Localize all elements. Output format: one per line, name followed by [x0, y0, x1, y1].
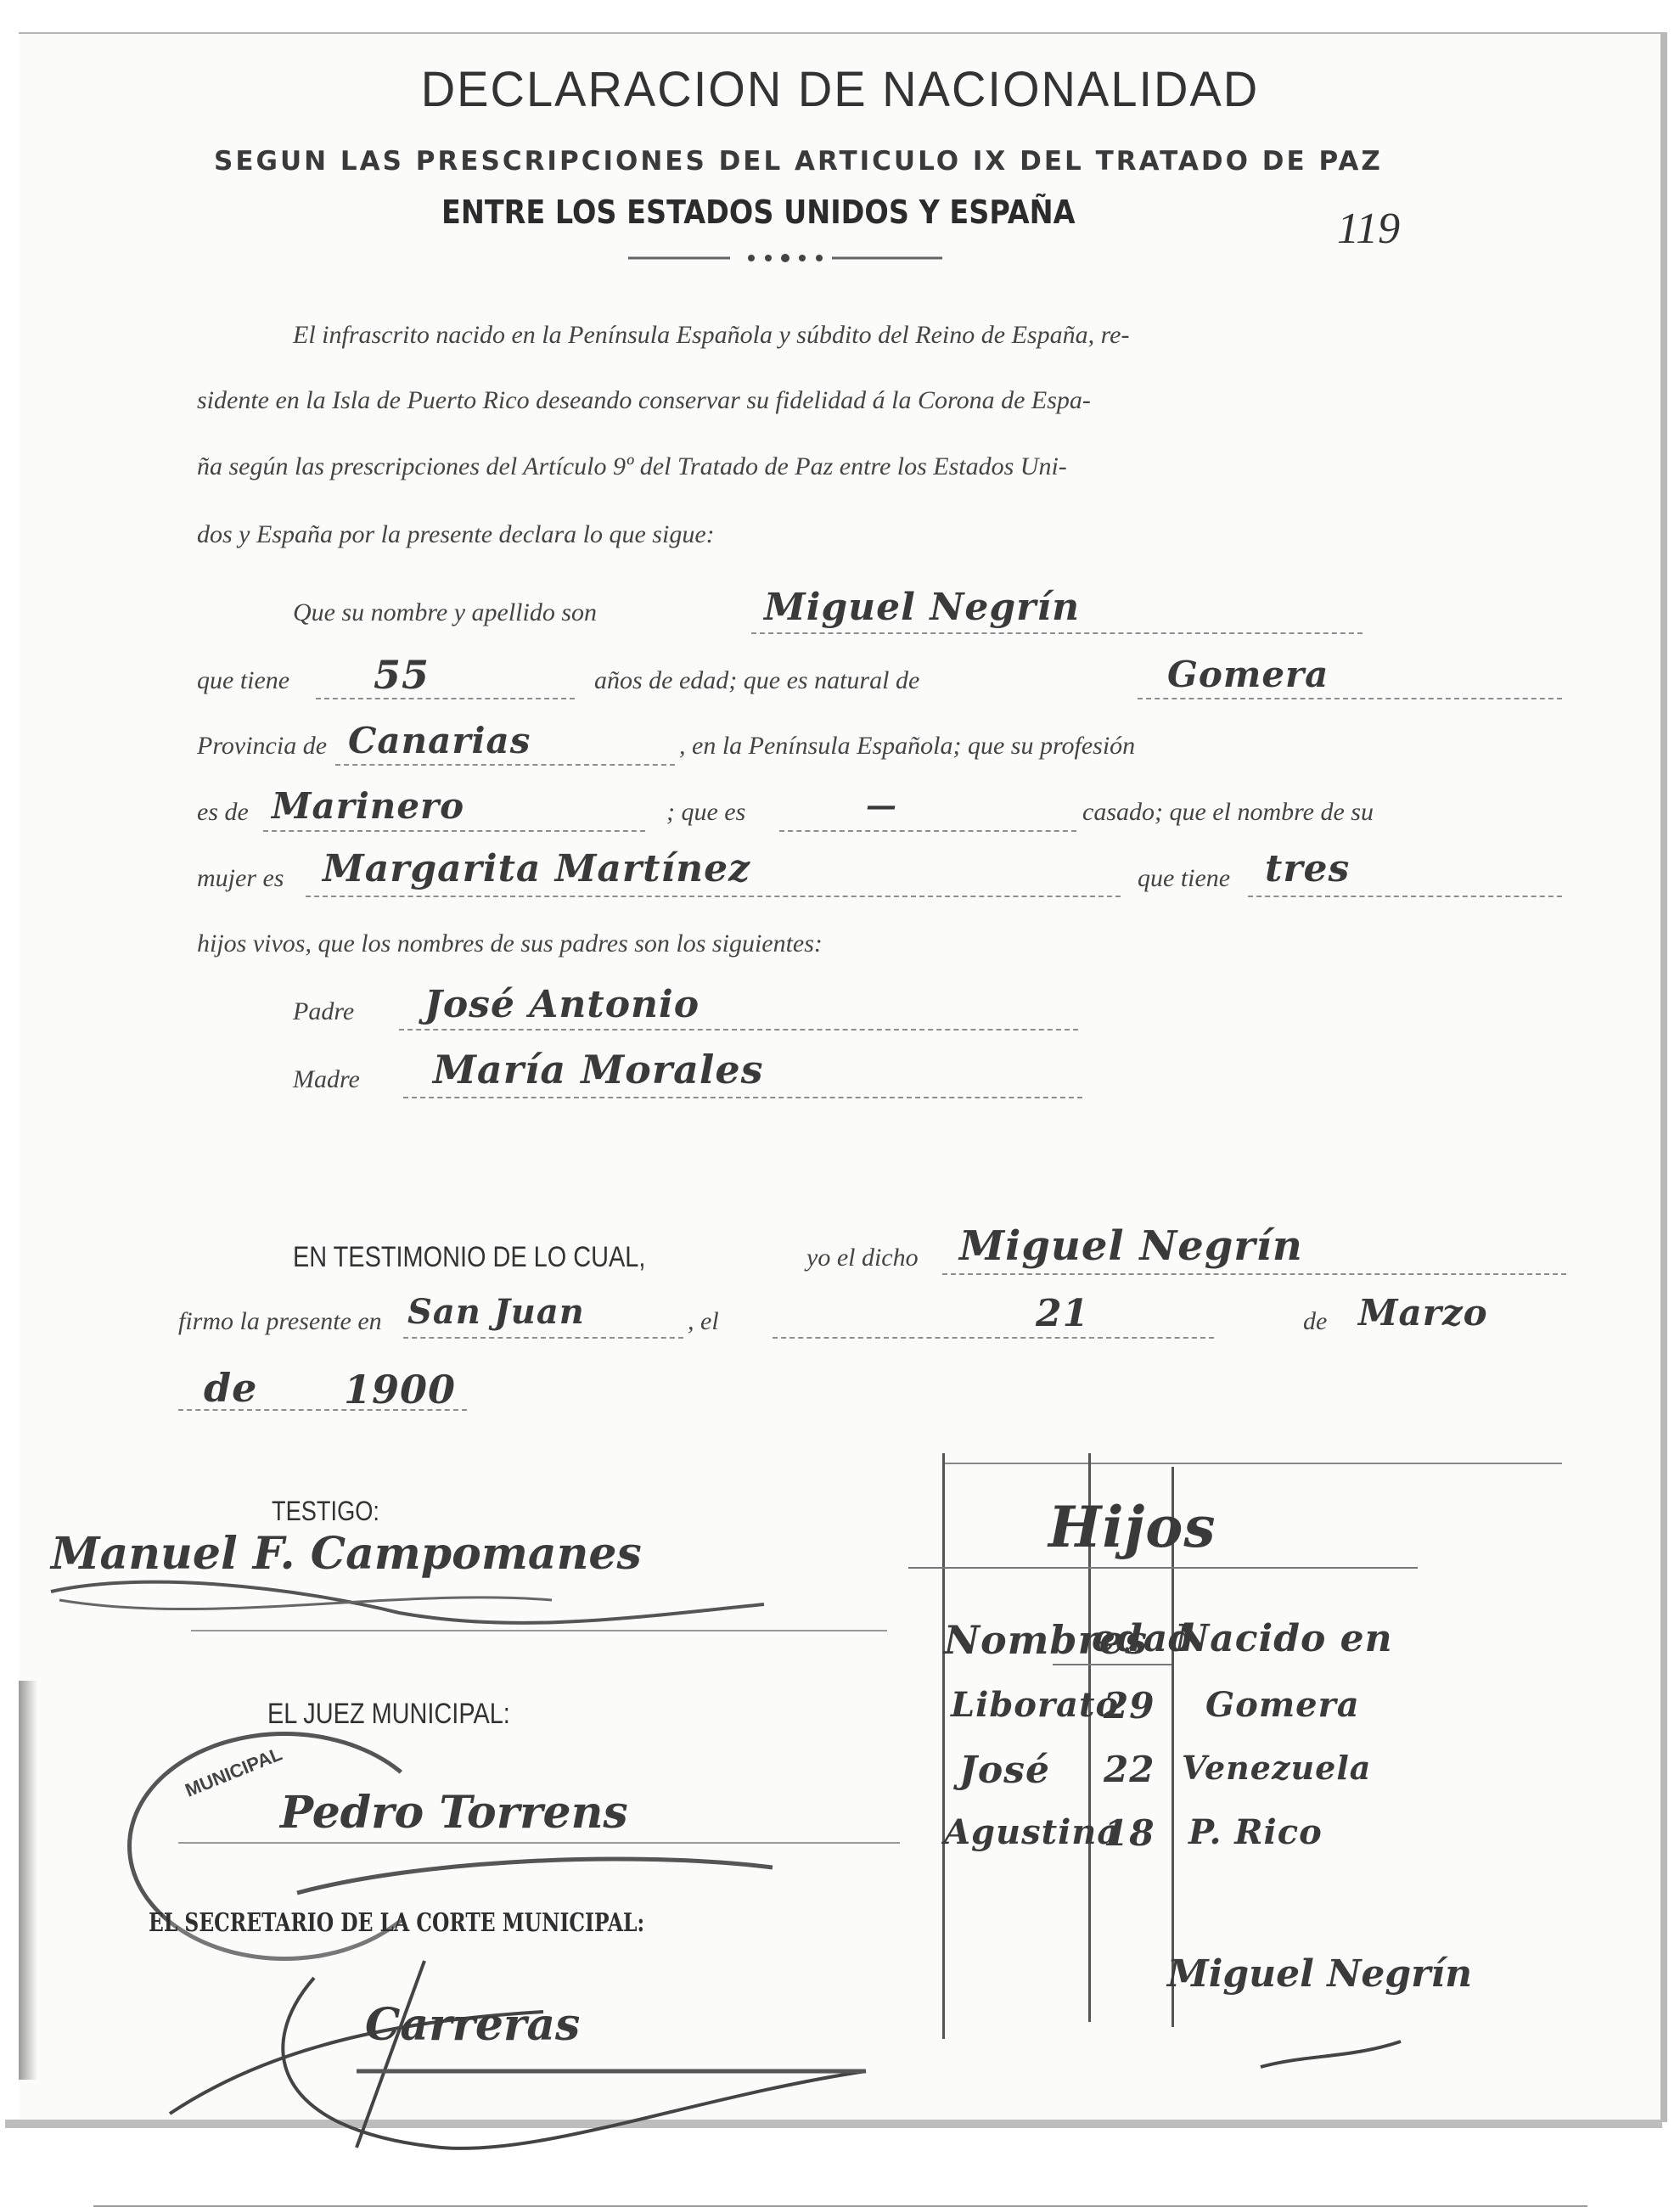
- status-blank-line: [779, 830, 1076, 832]
- year-label: de: [204, 1365, 257, 1411]
- witness-label: TESTIGO:: [272, 1496, 379, 1527]
- preamble-line-1: El infrascrito nacido en la Península Es…: [293, 321, 1129, 350]
- scan-shadow: [19, 1681, 37, 2080]
- father-value: José Antonio: [424, 983, 700, 1026]
- place-blank-line: [403, 1337, 683, 1339]
- table-row-3-name: Agustina: [944, 1812, 1120, 1852]
- table-top-line: [942, 1463, 1562, 1464]
- children-count-value: tres: [1265, 847, 1350, 890]
- day-value: 21: [1036, 1292, 1089, 1335]
- table-row-1-age: 29: [1104, 1685, 1155, 1727]
- preamble-line-2: sidente en la Isla de Puerto Rico desean…: [197, 386, 1091, 415]
- mother-value: María Morales: [433, 1047, 764, 1092]
- sign-place-value: San Juan: [407, 1292, 585, 1332]
- profession-value: Marinero: [272, 785, 464, 827]
- father-label: Padre: [293, 997, 354, 1026]
- judge-signature: Pedro Torrens: [280, 1787, 628, 1839]
- month-value: Marzo: [1358, 1292, 1488, 1334]
- preamble-line-4: dos y España por la presente declara lo …: [197, 520, 715, 549]
- table-row-2-age: 22: [1104, 1749, 1155, 1790]
- day-label: , el: [688, 1307, 719, 1336]
- document-title: DECLARACION DE NACIONALIDAD: [0, 59, 1680, 117]
- table-row-2-name: José: [959, 1749, 1050, 1792]
- status-label: ; que es: [666, 798, 745, 827]
- table-header-line: [1053, 1664, 1172, 1665]
- profession-label: es de: [197, 798, 249, 827]
- witness-flourish-icon: [42, 1553, 781, 1630]
- parents-intro: hijos vivos, que los nombres de sus padr…: [197, 929, 823, 958]
- birthplace-blank-line: [1138, 698, 1562, 699]
- table-title-line: [908, 1567, 1418, 1569]
- children-blank-line: [1248, 896, 1562, 897]
- mother-blank-line: [403, 1097, 1082, 1098]
- table-signature: Miguel Negrín: [1167, 1952, 1472, 1996]
- table-row-1-name: Liborato: [951, 1685, 1119, 1725]
- document-number: 119: [1337, 204, 1400, 254]
- name-label: Que su nombre y apellido son: [293, 598, 597, 627]
- wife-blank-line: [306, 896, 1121, 897]
- table-row-3-birthplace: P. Rico: [1188, 1812, 1323, 1852]
- age-blank-line: [316, 698, 575, 699]
- province-suffix: , en la Península Española; que su profe…: [679, 732, 1135, 761]
- table-header-birthplace: Nacido en: [1175, 1617, 1393, 1660]
- table-row-1-birthplace: Gomera: [1205, 1685, 1360, 1725]
- profession-blank-line: [263, 830, 645, 832]
- judge-flourish-icon: [127, 1842, 806, 1901]
- secretary-flourish-icon: [102, 1944, 917, 2165]
- month-label: de: [1303, 1307, 1327, 1336]
- declarant-signature: Miguel Negrín: [959, 1222, 1303, 1270]
- table-signature-flourish-icon: [1256, 2037, 1409, 2071]
- province-label: Provincia de: [197, 732, 327, 761]
- preamble-line-3: ña según las prescripciones del Artículo…: [197, 452, 1067, 481]
- testimony-text: yo el dicho: [806, 1244, 919, 1272]
- secretary-signature: Carreras: [365, 1999, 580, 2051]
- witness-line: [191, 1630, 887, 1631]
- table-left-border: [942, 1453, 945, 2039]
- judge-label: EL JUEZ MUNICIPAL:: [267, 1698, 510, 1731]
- status-value: —: [866, 788, 897, 823]
- age-label: que tiene: [197, 666, 289, 695]
- year-value: 1900: [344, 1367, 456, 1412]
- status-suffix: casado; que el nombre de su: [1082, 798, 1374, 827]
- birthplace-value: Gomera: [1167, 654, 1329, 695]
- wife-label: mujer es: [197, 864, 284, 893]
- name-blank-line: [751, 632, 1363, 634]
- document-subtitle-treaty: ENTRE LOS ESTADOS UNIDOS Y ESPAÑA: [441, 194, 1076, 231]
- table-row-2-birthplace: Venezuela: [1182, 1749, 1371, 1787]
- table-title: Hijos: [1048, 1494, 1216, 1560]
- sign-place-label: firmo la presente en: [178, 1307, 382, 1336]
- name-value: Miguel Negrín: [764, 586, 1080, 629]
- day-blank-line: [773, 1337, 1214, 1339]
- age-value: 55: [374, 652, 430, 698]
- age-suffix: años de edad; que es natural de: [594, 666, 919, 695]
- table-row-3-age: 18: [1104, 1812, 1155, 1854]
- province-blank-line: [335, 764, 675, 766]
- testimony-label: EN TESTIMONIO DE LO CUAL,: [293, 1241, 645, 1274]
- declarant-blank-line: [942, 1273, 1566, 1275]
- secretary-label: EL SECRETARIO DE LA CORTE MUNICIPAL:: [149, 1908, 644, 1938]
- children-label: que tiene: [1138, 864, 1230, 893]
- province-value: Canarias: [348, 720, 531, 761]
- father-blank-line: [399, 1029, 1078, 1030]
- mother-label: Madre: [293, 1065, 360, 1094]
- ornament-divider-icon: [628, 250, 942, 266]
- wife-value: Margarita Martínez: [323, 847, 750, 890]
- document-subtitle: SEGUN LAS PRESCRIPCIONES DEL ARTICULO IX…: [214, 146, 1383, 177]
